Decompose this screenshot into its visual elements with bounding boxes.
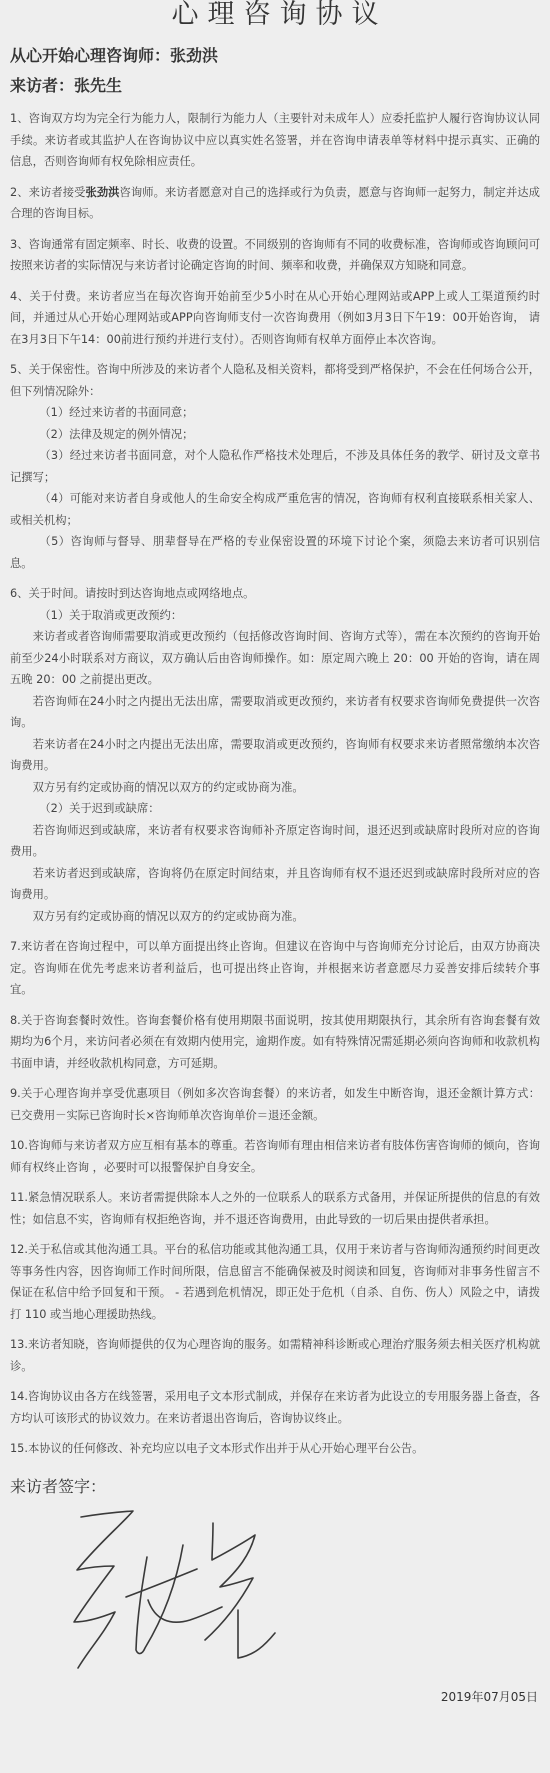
clause-15: 15.本协议的任何修改、补充均应以电子文本形式作出并于从心开始心理平台公告。 [10, 1438, 540, 1460]
clause-14: 14.咨询协议由各方在线签署，采用电子文本形式制成，并保存在来访者为此设立的专用… [10, 1386, 540, 1429]
clause-13: 13.来访者知晓，咨询师提供的仅为心理咨询的服务。如需精神科诊断或心理治疗服务须… [10, 1334, 540, 1377]
clause-6-sub1-para: 双方另有约定或协商的情况以双方的约定或协商为准。 [10, 777, 540, 799]
clause-6-sub2-para: 双方另有约定或协商的情况以双方的约定或协商为准。 [10, 906, 540, 928]
clause-2-counselor-name: 张劲洪 [85, 186, 119, 199]
clause-11: 11.紧急情况联系人。来访者需提供除本人之外的一位联系人的联系方式备用，并保证所… [10, 1187, 540, 1230]
counselor-line: 从心开始心理咨询师：张劲洪 [10, 46, 540, 66]
clause-6: 6、关于时间。请按时到达咨询地点或网络地点。 [10, 583, 540, 605]
clause-6-sub2-title: （2）关于迟到或缺席： [10, 798, 540, 820]
agreement-page: 心理咨询协议 从心开始心理咨询师：张劲洪 来访者：张先生 1、咨询双方均为完全行… [0, 0, 550, 1498]
clause-6-sub1-para: 若咨询师在24小时之内提出无法出席，需要取消或更改预约，来访者有权要求咨询师免费… [10, 691, 540, 734]
clause-6-sub1-title: （1）关于取消或更改预约： [10, 605, 540, 627]
signature-date: 2019年07月05日 [441, 1688, 538, 1705]
clause-5-item: （1）经过来访者的书面同意； [10, 402, 540, 424]
handwritten-signature-icon [0, 1480, 550, 1680]
clause-list: 1、咨询双方均为完全行为能力人，限制行为能力人（主要针对未成年人）应委托监护人履… [10, 108, 540, 1460]
clause-4: 4、关于付费。来访者应当在每次咨询开始前至少5小时在从心开始心理网站或APP上或… [10, 286, 540, 351]
clause-5-item: （5）咨询师与督导、朋辈督导在严格的专业保密设置的环境下讨论个案，须隐去来访者可… [10, 531, 540, 574]
clause-2: 2、来访者接受张劲洪咨询师。来访者愿意对自己的选择或行为负责，愿意与咨询师一起努… [10, 182, 540, 225]
clause-6-sub2-para: 若咨询师迟到或缺席，来访者有权要求咨询师补齐原定咨询时间，退还迟到或缺席时段所对… [10, 820, 540, 863]
clause-6-sub1-para: 若来访者在24小时之内提出无法出席，需要取消或更改预约，咨询师有权要求来访者照常… [10, 734, 540, 777]
clause-1: 1、咨询双方均为完全行为能力人，限制行为能力人（主要针对未成年人）应委托监护人履… [10, 108, 540, 173]
page-title: 心理咨询协议 [10, 0, 540, 34]
clause-5-item: （2）法律及规定的例外情况； [10, 424, 540, 446]
clause-5-item: （3）经过来访者书面同意，对个人隐私作严格技术处理后，不涉及具体任务的教学、研讨… [10, 445, 540, 488]
clause-5: 5、关于保密性。咨询中所涉及的来访者个人隐私及相关资料，都将受到严格保护，不会在… [10, 359, 540, 402]
clause-8: 8.关于咨询套餐时效性。咨询套餐价格有使用期限书面说明，按其使用期限执行，其余所… [10, 1010, 540, 1075]
clause-12: 12.关于私信或其他沟通工具。平台的私信功能或其他沟通工具，仅用于来访者与咨询师… [10, 1239, 540, 1325]
visitor-line: 来访者：张先生 [10, 76, 540, 96]
clause-3: 3、咨询通常有固定频率、时长、收费的设置。不同级别的咨询师有不同的收费标准，咨询… [10, 234, 540, 277]
clause-5-item: （4）可能对来访者自身或他人的生命安全构成严重危害的情况，咨询师有权利直接联系相… [10, 488, 540, 531]
clause-9: 9.关于心理咨询并享受优惠项目（例如多次咨询套餐）的来访者，如发生中断咨询，退还… [10, 1083, 540, 1126]
clause-6-sub2-para: 若来访者迟到或缺席，咨询将仍在原定时间结束，并且咨询师有权不退还迟到或缺席时段所… [10, 863, 540, 906]
clause-7: 7.来访者在咨询过程中，可以单方面提出终止咨询。但建议在咨询中与咨询师充分讨论后… [10, 936, 540, 1001]
clause-10: 10.咨询师与来访者双方应互相有基本的尊重。若咨询师有理由相信来访者有肢体伤害咨… [10, 1135, 540, 1178]
clause-6-sub1-para: 来访者或者咨询师需要取消或更改预约（包括修改咨询时间、咨询方式等），需在本次预约… [10, 626, 540, 691]
clause-2-prefix: 2、来访者接受 [10, 186, 85, 199]
